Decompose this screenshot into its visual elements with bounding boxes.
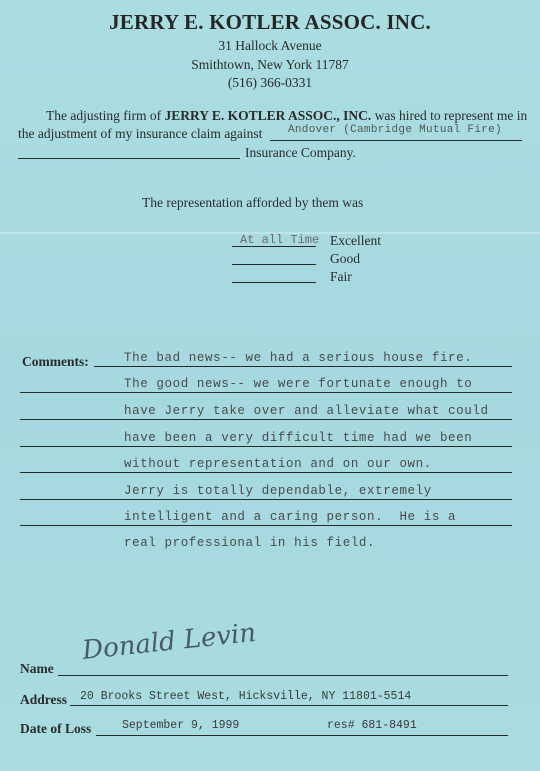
signature[interactable]: Donald Levin [81,618,258,666]
intro-company-bold: JERRY E. KOTLER ASSOC., INC. [164,108,371,123]
comment-underline [94,366,512,367]
intro-line-2: the adjustment of my insurance claim aga… [18,126,262,142]
intro-line-1: The adjusting firm of JERRY E. KOTLER AS… [46,108,527,124]
comment-line: have been a very difficult time had we b… [124,431,472,445]
rating-good-line[interactable] [232,264,316,265]
date-of-loss-field[interactable]: September 9, 1999 [122,719,239,732]
company-name: JERRY E. KOTLER ASSOC. INC. [0,10,540,35]
comment-underline [20,419,512,420]
address-underline [70,705,508,706]
rating-excellent-value[interactable]: At all Time [240,233,319,247]
comments-label: Comments: [22,354,89,370]
comment-line: Jerry is totally dependable, extremely [124,484,432,498]
intro-text-suffix: was hired to represent me in [371,108,527,123]
comment-line: have Jerry take over and alleviate what … [124,404,489,418]
rating-prompt: The representation afforded by them was [142,195,363,211]
insurer-field-underline [270,140,522,141]
name-underline [58,675,508,676]
comment-underline [20,499,512,500]
comment-line: without representation and on our own. [124,457,432,471]
company-street: 31 Hallock Avenue [0,38,540,54]
date-of-loss-underline [96,735,508,736]
comment-line: The good news-- we were fortunate enough… [124,377,472,391]
comment-underline [20,472,512,473]
rating-good-label: Good [330,251,360,267]
comment-underline [20,392,512,393]
address-label: Address [20,692,67,708]
company-city: Smithtown, New York 11787 [0,57,540,73]
rating-fair-line[interactable] [232,282,316,283]
name-label: Name [20,661,54,677]
intro-text: The adjusting firm of [46,108,164,123]
comment-line: The bad news-- we had a serious house fi… [124,351,472,365]
comment-underline [20,525,512,526]
insurer-field-underline-2 [18,158,240,159]
comment-line: real professional in his field. [124,536,375,550]
date-of-loss-label: Date of Loss [20,721,91,737]
address-field[interactable]: 20 Brooks Street West, Hicksville, NY 11… [80,690,411,703]
insurer-field[interactable]: Andover (Cambridge Mutual Fire) [288,124,502,136]
res-number[interactable]: res# 681-8491 [327,719,417,732]
rating-excellent-label: Excellent [330,233,381,249]
comment-line: intelligent and a caring person. He is a [124,510,456,524]
comment-underline [20,446,512,447]
rating-fair-label: Fair [330,269,352,285]
intro-line-3: Insurance Company. [245,145,356,161]
company-phone: (516) 366-0331 [0,75,540,91]
